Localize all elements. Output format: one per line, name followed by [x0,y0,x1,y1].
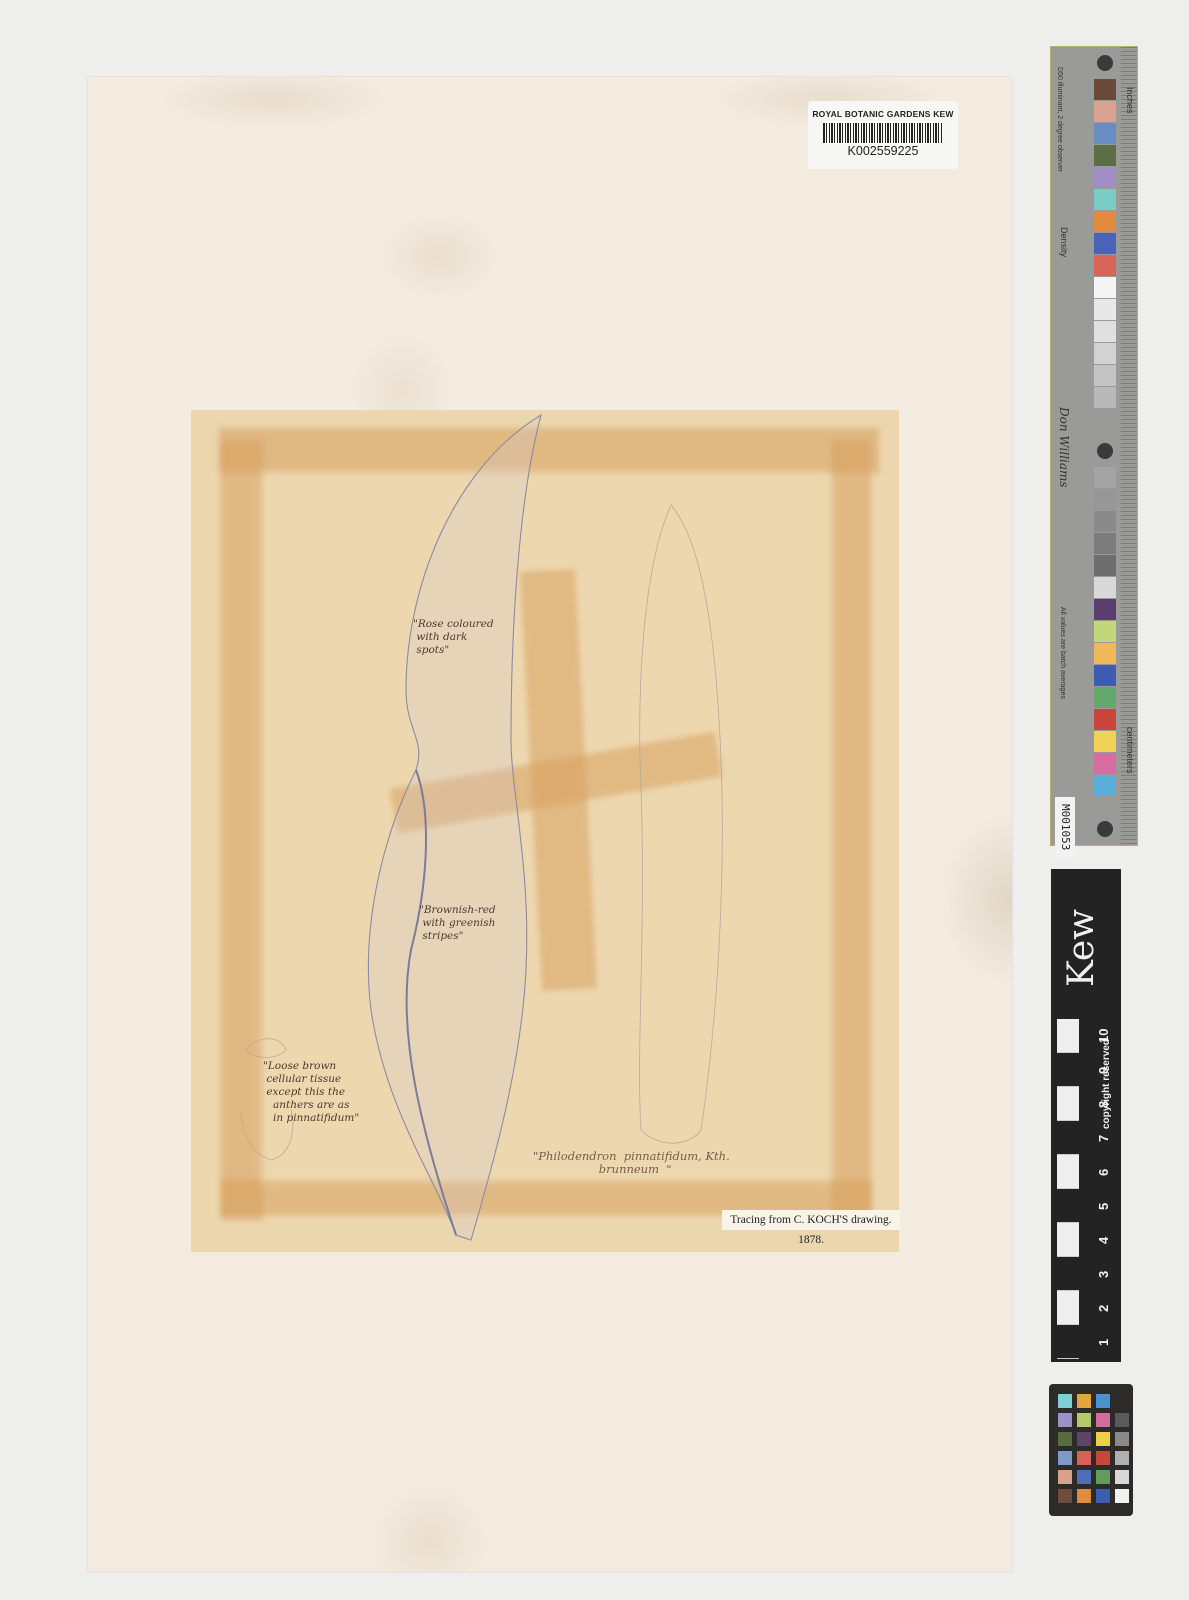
color-swatch [1094,643,1116,664]
checker-patch [1115,1413,1129,1427]
ruler-inches-label: Inches [1125,87,1135,114]
color-swatch [1094,277,1116,298]
spathe-drawing-icon [191,410,899,1252]
scale-block [1057,1223,1079,1257]
ruler-values-note: All values are batch averages [1059,607,1066,699]
ruler-illuminant-note: D50 illuminant, 2 degree observer [1056,67,1063,172]
color-swatch [1094,577,1116,598]
scale-block [1057,1019,1079,1053]
scale-number: 4 [1093,1223,1115,1257]
checker-patch [1115,1394,1129,1408]
checker-patch [1058,1413,1072,1427]
scale-number: 6 [1093,1155,1115,1189]
scale-number: 5 [1093,1189,1115,1223]
barcode-label: ROYAL BOTANIC GARDENS KEW K002559225 [808,101,958,169]
scale-block [1057,1291,1079,1325]
checker-patch [1058,1451,1072,1465]
color-swatch [1094,167,1116,188]
kew-logo: Kew [1061,909,1102,987]
color-swatch [1094,145,1116,166]
checker-patch [1096,1470,1110,1484]
color-swatch [1094,555,1116,576]
color-swatch [1094,211,1116,232]
color-swatch [1094,123,1116,144]
color-swatch [1094,775,1116,796]
checker-patch [1115,1451,1129,1465]
color-swatch [1094,665,1116,686]
tracing-paper: "Rose coloured with dark spots" "Brownis… [191,410,899,1252]
color-swatch [1094,365,1116,386]
color-swatch [1094,101,1116,122]
scale-number: 1 [1093,1325,1115,1359]
ruler-id-label: M001053 [1055,797,1075,857]
color-ruler: Inches centimeters D50 illuminant, 2 deg… [1050,46,1138,846]
color-swatch [1094,189,1116,210]
scale-block [1057,1325,1079,1359]
ruler-density-label: Density [1059,227,1069,257]
color-swatch [1094,731,1116,752]
barcode-number: K002559225 [808,144,958,158]
checker-patch [1077,1413,1091,1427]
checker-patch [1096,1394,1110,1408]
ruler-ticks [1121,47,1137,845]
color-swatch [1094,709,1116,730]
checker-patch [1077,1489,1091,1503]
color-swatch [1094,467,1116,488]
color-swatch [1094,489,1116,510]
scale-block [1057,1155,1079,1189]
checker-patch [1096,1413,1110,1427]
annotation-rose: "Rose coloured with dark spots" [413,618,494,657]
scale-blocks [1057,1019,1079,1359]
scale-block [1057,1189,1079,1223]
color-swatch [1094,599,1116,620]
ruler-brand: Don Williams [1057,407,1071,488]
annotation-brownish: "Brownish-red with greenish stripes" [419,904,496,943]
checker-patch [1115,1470,1129,1484]
annotation-loose-tissue: "Loose brown cellular tissue except this… [263,1060,359,1125]
checker-patch [1058,1470,1072,1484]
scale-block [1057,1121,1079,1155]
checker-patch [1096,1451,1110,1465]
color-swatch [1094,533,1116,554]
color-swatch [1094,233,1116,254]
checker-patch [1058,1394,1072,1408]
scale-block [1057,1053,1079,1087]
kew-scale-bar: Kew 10987654321 copyright reserved [1051,869,1121,1362]
annotation-species: "Philodendron pinnatifidum, Kth. brunneu… [533,1150,730,1176]
scale-number: 2 [1093,1291,1115,1325]
checker-patch [1077,1432,1091,1446]
ruler-cm-label: centimeters [1125,727,1135,774]
scale-block [1057,1257,1079,1291]
color-swatch [1094,753,1116,774]
ruler-hole-icon [1097,443,1113,459]
checker-patch [1096,1432,1110,1446]
color-swatch [1094,511,1116,532]
color-checker-grid [1058,1394,1129,1503]
checker-patch [1096,1489,1110,1503]
ruler-hole-icon [1097,821,1113,837]
scale-block [1057,1087,1079,1121]
ruler-hole-icon [1097,55,1113,71]
color-swatch [1094,321,1116,342]
barcode-icon [823,123,943,143]
checker-patch [1077,1394,1091,1408]
color-swatch [1094,255,1116,276]
tracing-caption: Tracing from C. KOCH'S drawing. 1878. [722,1210,900,1230]
swatches-bottom [1094,467,1116,797]
checker-patch [1115,1432,1129,1446]
checker-patch [1115,1489,1129,1503]
checker-patch [1077,1470,1091,1484]
color-swatch [1094,79,1116,100]
color-checker-card [1049,1384,1133,1516]
copyright-text: copyright reserved [1101,1039,1112,1129]
checker-patch [1058,1489,1072,1503]
checker-patch [1077,1451,1091,1465]
color-swatch [1094,687,1116,708]
color-swatch [1094,387,1116,408]
swatches-top [1094,79,1116,409]
institution-label: ROYAL BOTANIC GARDENS KEW [808,109,958,119]
color-swatch [1094,621,1116,642]
color-swatch [1094,299,1116,320]
scale-number: 3 [1093,1257,1115,1291]
checker-patch [1058,1432,1072,1446]
color-swatch [1094,343,1116,364]
